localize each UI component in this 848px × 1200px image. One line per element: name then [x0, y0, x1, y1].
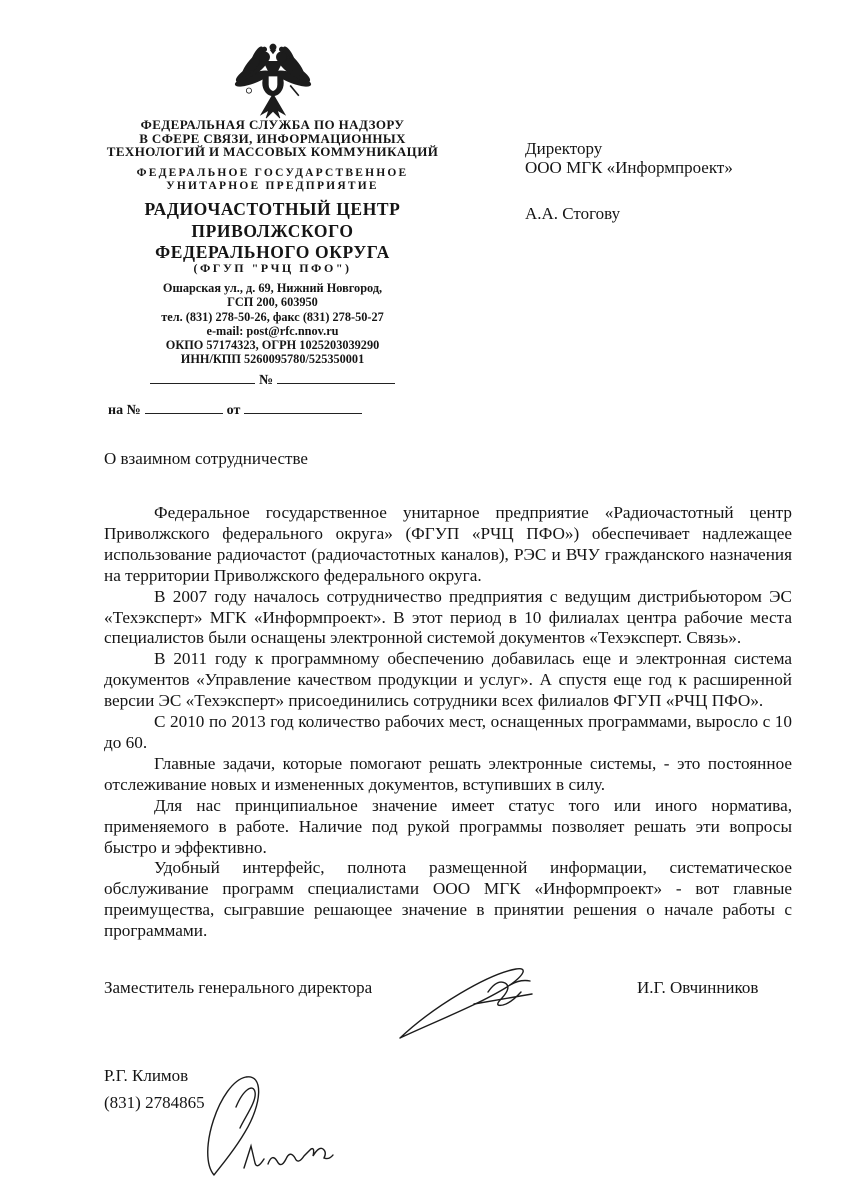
agency-line: ТЕХНОЛОГИЙ И МАССОВЫХ КОММУНИКАЦИЙ	[100, 145, 445, 159]
address-line: тел. (831) 278-50-26, факс (831) 278-50-…	[100, 310, 445, 324]
reply-to-label: на №	[104, 403, 145, 418]
org-type-line: УНИТАРНОЕ ПРЕДПРИЯТИЕ	[100, 180, 445, 193]
body-paragraph: В 2011 году к программному обеспечению д…	[104, 649, 792, 712]
agency-name: ФЕДЕРАЛЬНАЯ СЛУЖБА ПО НАДЗОРУ В СФЕРЕ СВ…	[100, 118, 445, 159]
double-headed-eagle-emblem	[230, 42, 316, 122]
agency-line: В СФЕРЕ СВЯЗИ, ИНФОРМАЦИОННЫХ	[100, 132, 445, 146]
body-paragraph: Удобный интерфейс, полнота размещенной и…	[104, 858, 792, 942]
number-blank-line	[277, 370, 395, 384]
org-address-block: Ошарская ул., д. 69, Нижний Новгород, ГС…	[100, 281, 445, 367]
address-line: ИНН/КПП 5260095780/525350001	[100, 352, 445, 366]
letter-body: Федеральное государственное унитарное пр…	[104, 503, 792, 942]
body-paragraph: Федеральное государственное унитарное пр…	[104, 503, 792, 587]
klimov-signature	[192, 1072, 342, 1187]
contact-phone: (831) 2784865	[104, 1090, 205, 1117]
from-label: от	[223, 403, 245, 418]
agency-line: ФЕДЕРАЛЬНАЯ СЛУЖБА ПО НАДЗОРУ	[100, 118, 445, 132]
scanned-letter-page: ФЕДЕРАЛЬНАЯ СЛУЖБА ПО НАДЗОРУ В СФЕРЕ СВ…	[0, 0, 848, 1200]
body-paragraph: Главные задачи, которые помогают решать …	[104, 754, 792, 796]
recipient-name: А.А. Стогову	[525, 204, 805, 223]
org-name-line: РАДИОЧАСТОТНЫЙ ЦЕНТР	[100, 199, 445, 221]
address-line: ОКПО 57174323, ОГРН 1025203039290	[100, 338, 445, 352]
body-paragraph: С 2010 по 2013 год количество рабочих ме…	[104, 712, 792, 754]
contact-name: Р.Г. Климов	[104, 1063, 205, 1090]
number-sign-label: №	[255, 373, 277, 388]
signer-title: Заместитель генерального директора	[104, 978, 372, 998]
recipient-block: Директору ООО МГК «Информпроект» А.А. Ст…	[525, 139, 805, 223]
recipient-title: Директору	[525, 139, 805, 158]
outgoing-number-line: №	[150, 370, 470, 389]
org-name-line: ПРИВОЛЖСКОГО	[100, 221, 445, 243]
reply-number-blank-line	[145, 400, 223, 414]
body-paragraph: В 2007 году началось сотрудничество пред…	[104, 587, 792, 650]
date-blank-line	[150, 370, 255, 384]
address-line: e-mail: post@rfc.nnov.ru	[100, 324, 445, 338]
org-type: ФЕДЕРАЛЬНОЕ ГОСУДАРСТВЕННОЕ УНИТАРНОЕ ПР…	[100, 167, 445, 192]
reply-date-blank-line	[244, 400, 362, 414]
org-short-name: (ФГУП "РЧЦ ПФО")	[100, 261, 445, 276]
ovchinnikov-signature	[392, 958, 547, 1046]
org-name: РАДИОЧАСТОТНЫЙ ЦЕНТР ПРИВОЛЖСКОГО ФЕДЕРА…	[100, 199, 445, 264]
signer-name: И.Г. Овчинников	[637, 978, 758, 998]
org-type-line: ФЕДЕРАЛЬНОЕ ГОСУДАРСТВЕННОЕ	[100, 167, 445, 180]
body-paragraph: Для нас принципиальное значение имеет ст…	[104, 796, 792, 859]
address-line: ГСП 200, 603950	[100, 295, 445, 309]
address-line: Ошарская ул., д. 69, Нижний Новгород,	[100, 281, 445, 295]
contact-block: Р.Г. Климов (831) 2784865	[104, 1063, 205, 1116]
reply-reference-line: на №от	[104, 400, 444, 419]
subject-line: О взаимном сотрудничестве	[104, 449, 308, 469]
recipient-company: ООО МГК «Информпроект»	[525, 158, 805, 177]
